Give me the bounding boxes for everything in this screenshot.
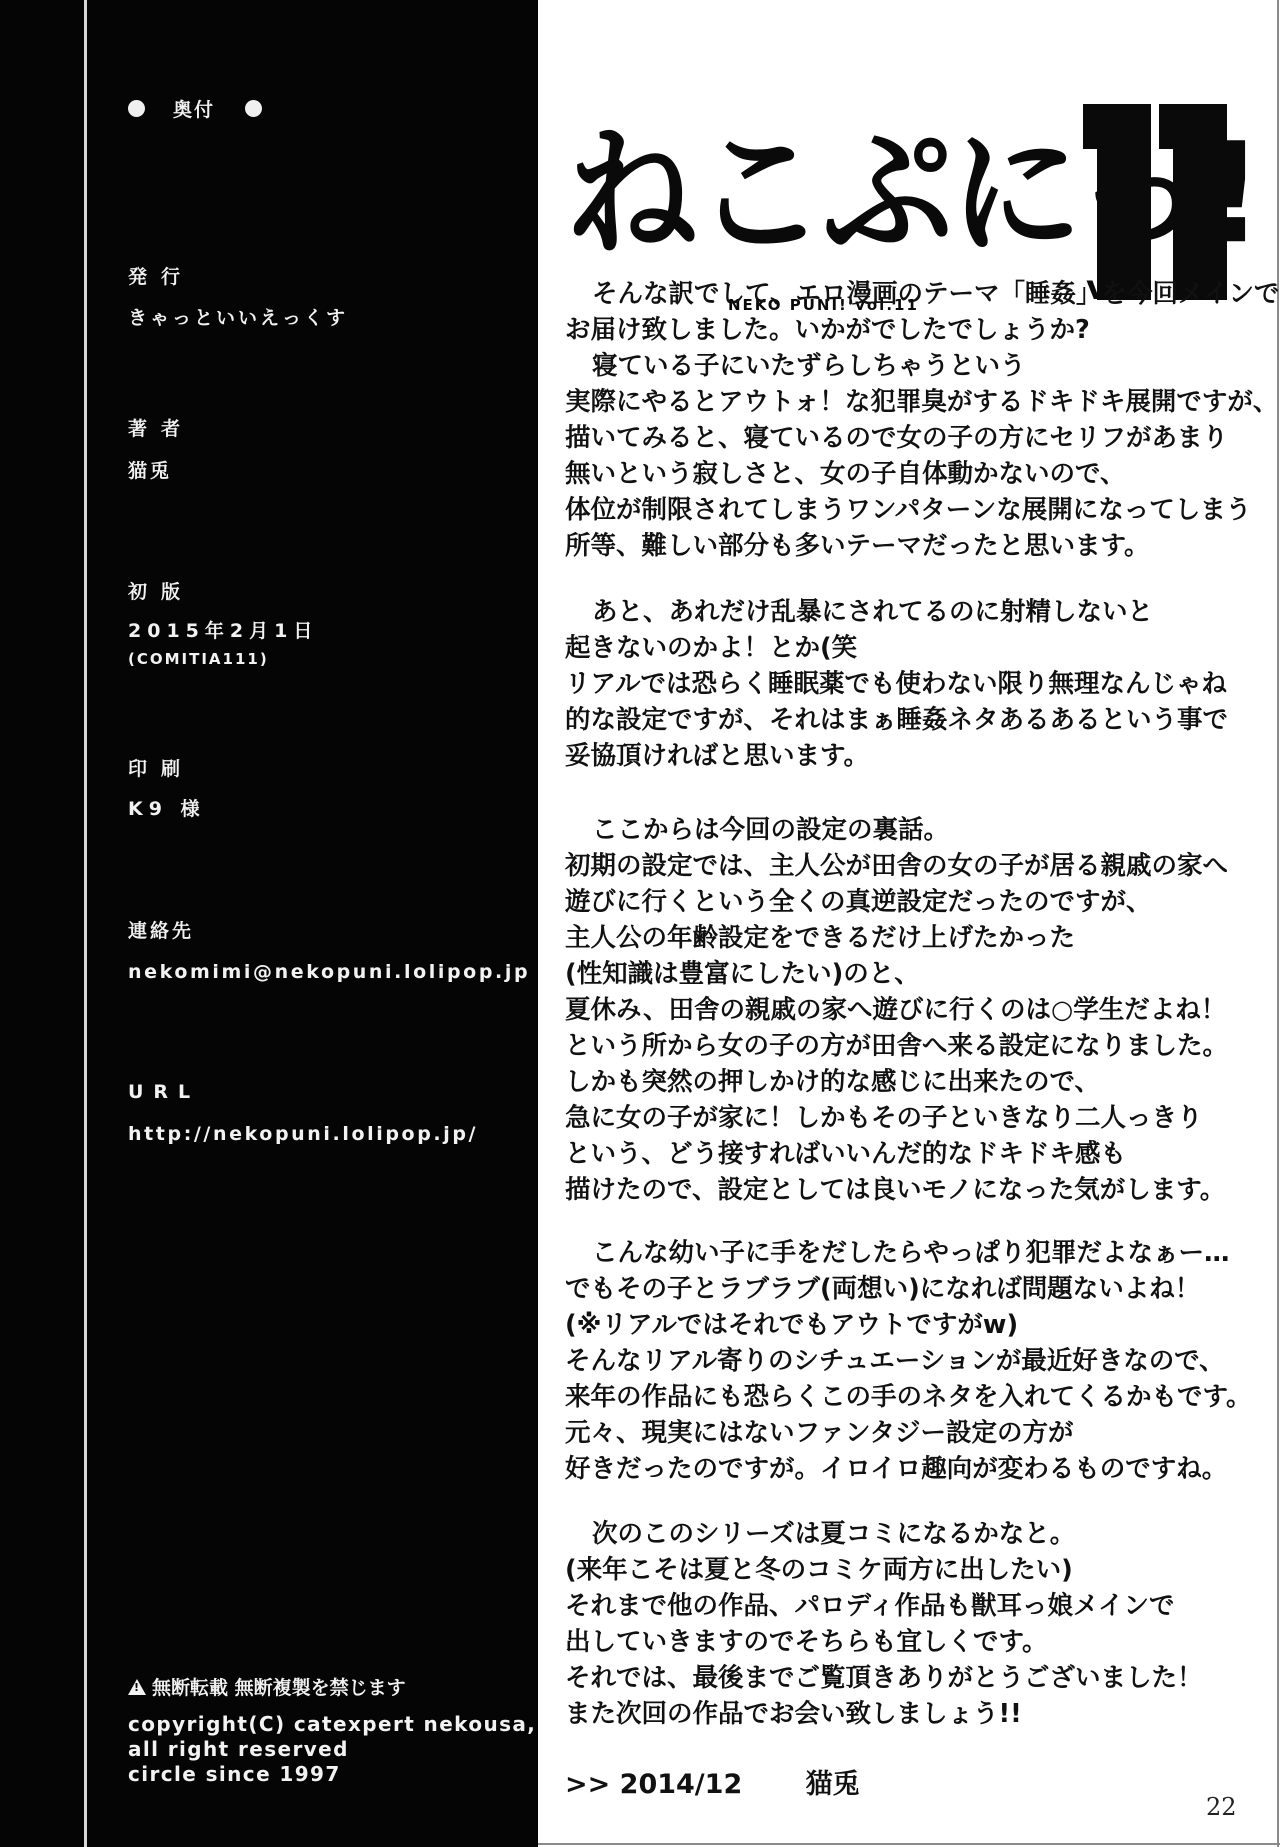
- text-line: 元々、現実にはないファンタジー設定の方が: [565, 1415, 1275, 1451]
- copyright-line: copyright(C) catexpert nekousa,: [128, 1714, 536, 1734]
- text-line: しかも突然の押しかけ的な感じに出来たので、: [565, 1064, 1275, 1100]
- text-line: 描けたので、設定としては良いモノになった気がします。: [565, 1172, 1275, 1208]
- afterword-paragraph: そんな訳でして、エロ漫画のテーマ「睡姦」を今回メインで お届け致しました。いかが…: [565, 276, 1275, 564]
- publisher-label: 発行: [128, 268, 194, 287]
- text-line: 夏休み、田舎の親戚の家へ遊びに行くのは○学生だよね！: [565, 992, 1275, 1028]
- text-line: お届け致しました。いかがでしたでしょうか?: [565, 312, 1275, 348]
- text-line: そんなリアル寄りのシチュエーションが最近好きなので、: [565, 1343, 1275, 1379]
- text-line: ここからは今回の設定の裏話。: [565, 812, 1275, 848]
- text-line: という所から女の子の方が田舎へ来る設定になりました。: [565, 1028, 1275, 1064]
- printer-label: 印刷: [128, 760, 194, 779]
- afterword-paragraph: ここからは今回の設定の裏話。 初期の設定では、主人公が田舎の女の子が居る親戚の家…: [565, 812, 1275, 1208]
- author-value: 猫兎: [128, 462, 172, 481]
- signature-date: 2014/12: [620, 1769, 743, 1800]
- digit-one: [1173, 104, 1227, 300]
- afterword-paragraph: 次のこのシリーズは夏コミになるかなと。 (来年こそは夏と冬のコミケ両方に出したい…: [565, 1516, 1275, 1732]
- bullet-icon: [128, 100, 145, 117]
- text-line: 妥協頂ければと思います。: [565, 738, 1275, 774]
- text-line: リアルでは恐らく睡眠薬でも使わない限り無理なんじゃね: [565, 666, 1275, 702]
- copyright-line: circle since 1997: [128, 1764, 341, 1784]
- copyright-line: all right reserved: [128, 1739, 349, 1759]
- text-line: 的な設定ですが、それはまぁ睡姦ネタあるあるという事で: [565, 702, 1275, 738]
- signature-prefix: >>: [565, 1769, 610, 1800]
- text-line: また次回の作品でお会い致しましょう!!: [565, 1696, 1275, 1732]
- first-edition-label: 初版: [128, 583, 194, 602]
- printer-value: K9 様: [128, 800, 206, 819]
- text-line: 寝ている子にいたずらしちゃうという: [565, 348, 1275, 384]
- text-line: それでは、最後までご覧頂きありがとうございました！: [565, 1660, 1275, 1696]
- text-line: 次のこのシリーズは夏コミになるかなと。: [565, 1516, 1275, 1552]
- text-line: 実際にやるとアウトォ！な犯罪臭がするドキドキ展開ですが、: [565, 384, 1275, 420]
- author-label: 著者: [128, 420, 194, 439]
- text-line: (性知識は豊富にしたい)のと、: [565, 956, 1275, 992]
- text-line: 出していきますのでそちらも宜しくです。: [565, 1624, 1275, 1660]
- warning-text: 無断転載 無断複製を禁じます: [152, 1673, 406, 1700]
- copyright-warning: 無断転載 無断複製を禁じます: [128, 1673, 406, 1700]
- signature-author: 猫兎: [806, 1769, 860, 1800]
- text-line: 無いという寂しさと、女の子自体動かないので、: [565, 456, 1275, 492]
- text-line: という、どう接すればいいんだ的なドキドキ感も: [565, 1136, 1275, 1172]
- text-line: 所等、難しい部分も多いテーマだったと思います。: [565, 528, 1275, 564]
- text-line: (※リアルではそれでもアウトですがw): [565, 1307, 1275, 1343]
- colophon-heading: 奥付: [128, 96, 262, 120]
- text-line: それまで他の作品、パロディ作品も獣耳っ娘メインで: [565, 1588, 1275, 1624]
- first-edition-event: (COMITIA111): [128, 652, 269, 667]
- text-line: そんな訳でして、エロ漫画のテーマ「睡姦」を今回メインで: [565, 276, 1275, 312]
- url-label: URL: [128, 1083, 200, 1102]
- text-line: 好きだったのですが。イロイロ趣向が変わるものですね。: [565, 1451, 1275, 1487]
- page-edge-bottom: [538, 1843, 1280, 1845]
- text-line: でもその子とラブラブ(両想い)になれば問題ないよね！: [565, 1271, 1275, 1307]
- text-line: 急に女の子が家に！しかもその子といきなり二人っきり: [565, 1100, 1275, 1136]
- text-line: 来年の作品にも恐らくこの手のネタを入れてくるかもです。: [565, 1379, 1275, 1415]
- colophon-panel: [0, 0, 538, 1847]
- text-line: 初期の設定では、主人公が田舎の女の子が居る親戚の家へ: [565, 848, 1275, 884]
- text-line: こんな幼い子に手をだしたらやっぱり犯罪だよなぁー…: [565, 1235, 1275, 1271]
- afterword-paragraph: こんな幼い子に手をだしたらやっぱり犯罪だよなぁー… でもその子とラブラブ(両想い…: [565, 1235, 1275, 1487]
- text-line: (来年こそは夏と冬のコミケ両方に出したい): [565, 1552, 1275, 1588]
- bullet-icon: [245, 100, 262, 117]
- text-line: 起きないのかよ！とか(笑: [565, 630, 1275, 666]
- text-line: 主人公の年齢設定をできるだけ上げたかった: [565, 920, 1275, 956]
- text-line: あと、あれだけ乱暴にされてるのに射精しないと: [565, 594, 1275, 630]
- website-url[interactable]: http://nekopuni.lolipop.jp/: [128, 1125, 478, 1144]
- text-line: 描いてみると、寝ているので女の子の方にセリフがあまり: [565, 420, 1275, 456]
- warning-icon: [128, 1679, 146, 1695]
- afterword-paragraph: あと、あれだけ乱暴にされてるのに射精しないと 起きないのかよ！とか(笑 リアルで…: [565, 594, 1275, 774]
- publisher-value: きゃっといいえっくす: [128, 309, 348, 328]
- contact-label: 連絡先: [128, 922, 194, 941]
- vertical-rule: [84, 0, 87, 1847]
- page-number: 22: [1206, 1793, 1237, 1821]
- text-line: 体位が制限されてしまうワンパターンな展開になってしまう: [565, 492, 1275, 528]
- contact-email[interactable]: nekomimi@nekopuni.lolipop.jp: [128, 963, 530, 982]
- afterword-signature: >> 2014/12 猫兎: [565, 1762, 860, 1801]
- colophon-title: 奥付: [173, 95, 215, 122]
- text-line: 遊びに行くという全くの真逆設定だったのですが、: [565, 884, 1275, 920]
- first-edition-date: 2015年2月1日: [128, 622, 318, 641]
